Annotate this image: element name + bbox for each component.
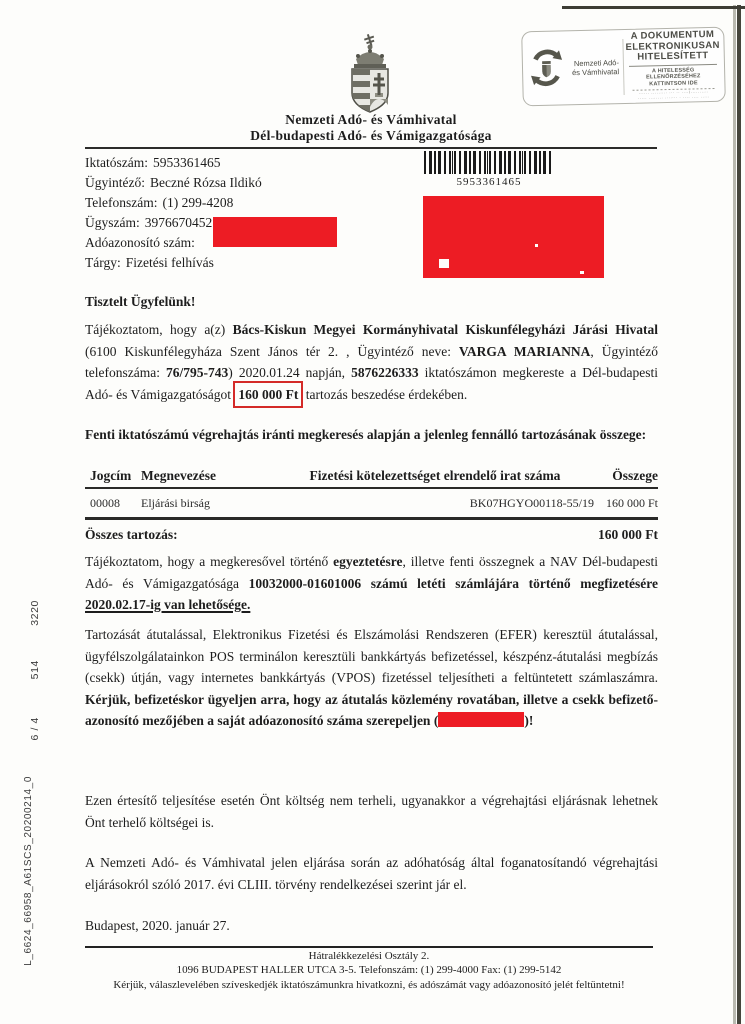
margin-document-code: L_6624_66958_A61SCS_20200214_0	[23, 776, 34, 966]
salutation: Tisztelt Ügyfelünk!	[85, 294, 195, 310]
paragraph-table-lead: Fenti iktatószámú végrehajtás iránti meg…	[85, 424, 658, 446]
meta-row-ugyintezo: Ügyintéző:Beczné Rózsa Ildikó	[85, 173, 262, 193]
stamp-title: A DOKUMENTUM ELEKTRONIKUSAN HITELESÍTETT	[625, 30, 720, 64]
col-megnevezese: Megnevezése	[141, 468, 216, 484]
letter-meta-block: Iktatószám:5953361465 Ügyintéző:Beczné R…	[85, 153, 262, 273]
footer-rule	[85, 946, 653, 948]
footer-address: 1096 BUDAPEST HALLER UTCA 3-5. Telefonsz…	[85, 964, 653, 976]
hungary-coat-of-arms-icon	[344, 33, 396, 118]
paragraph-intro: Tájékoztatom, hogy a(z) Bács-Kiskun Megy…	[85, 319, 658, 405]
total-label: Összes tartozás:	[85, 527, 178, 543]
total-value: 160 000 Ft	[598, 527, 658, 543]
barcode	[424, 151, 554, 174]
scan-edge-line-right	[737, 5, 741, 1024]
table-total-row: Összes tartozás: 160 000 Ft	[85, 527, 658, 545]
stamp-fineprint-line: ····· ········ ······· · ···· ···· ·····	[627, 94, 721, 101]
table-row: 00008 Eljárási birság BK07HGYO00118-55/1…	[85, 496, 658, 514]
mini-coat-of-arms-icon	[542, 61, 551, 77]
paragraph-payment-deadline: Tájékoztatom, hogy a megkeresővel történ…	[85, 551, 658, 616]
scan-speck	[535, 244, 538, 247]
nav-circular-arrows-icon	[526, 38, 567, 99]
col-irat-szama: Fizetési kötelezettséget elrendelő irat …	[265, 468, 605, 484]
meta-row-telefonszam: Telefonszám:(1) 299-4208	[85, 193, 262, 213]
barcode-number: 5953361465	[424, 176, 554, 188]
col-jogcim: Jogcím	[90, 468, 131, 484]
scanned-letter-page: Nemzeti Adó- és Vámhivatal A DOKUMENTUM …	[0, 0, 745, 1024]
e-authentication-stamp: Nemzeti Adó- és Vámhivatal A DOKUMENTUM …	[521, 27, 726, 107]
margin-number-3220: 3220	[29, 600, 41, 626]
table-rule-top	[85, 487, 658, 489]
margin-number-514: 514	[29, 660, 41, 679]
col-osszege: Összege	[612, 468, 658, 484]
highlighted-amount: 160 000 Ft	[233, 381, 303, 408]
margin-page-indicator: 6 / 4	[29, 717, 41, 740]
header-org-name: Nemzeti Adó- és Vámhivatal	[85, 112, 657, 128]
meta-row-iktatoszam: Iktatószám:5953361465	[85, 153, 262, 173]
paragraph-payment-methods: Tartozását átutalással, Elektronikus Fiz…	[85, 624, 658, 732]
scan-speck	[439, 259, 449, 268]
footer-note: Kérjük, válaszlevelében szíveskedjék ikt…	[85, 979, 653, 991]
scan-edge-line-top	[562, 6, 745, 9]
paragraph-legal-basis: A Nemzeti Adó- és Vámhivatal jelen eljár…	[85, 852, 658, 895]
header-rule	[85, 147, 657, 149]
footer-department: Hátralékkezelési Osztály 2.	[85, 950, 653, 962]
scan-edge-shadow	[733, 5, 736, 1024]
stamp-subtitle: A HITELESSÉG ELLENŐRZÉSÉHEZ KATTINTSON I…	[626, 66, 721, 88]
redacted-recipient-block	[423, 196, 604, 278]
table-rule-bottom	[85, 517, 658, 520]
deadline-underlined: 2020.02.17-ig van lehetősége.	[85, 597, 250, 612]
paragraph-costs: Ezen értesítő teljesítése esetén Önt köl…	[85, 790, 658, 833]
meta-row-targy: Tárgy:Fizetési felhívás	[85, 253, 262, 273]
scan-speck	[580, 271, 584, 274]
stamp-org-name: Nemzeti Adó- és Vámhivatal	[567, 58, 623, 77]
header-division-name: Dél-budapesti Adó- és Vámigazgatósága	[85, 128, 657, 144]
table-header-row: Jogcím Megnevezése Fizetési kötelezettsé…	[85, 468, 658, 486]
dateline: Budapest, 2020. január 27.	[85, 918, 230, 934]
redacted-tax-id-block	[213, 217, 337, 247]
redacted-tax-id-inline	[438, 712, 524, 727]
